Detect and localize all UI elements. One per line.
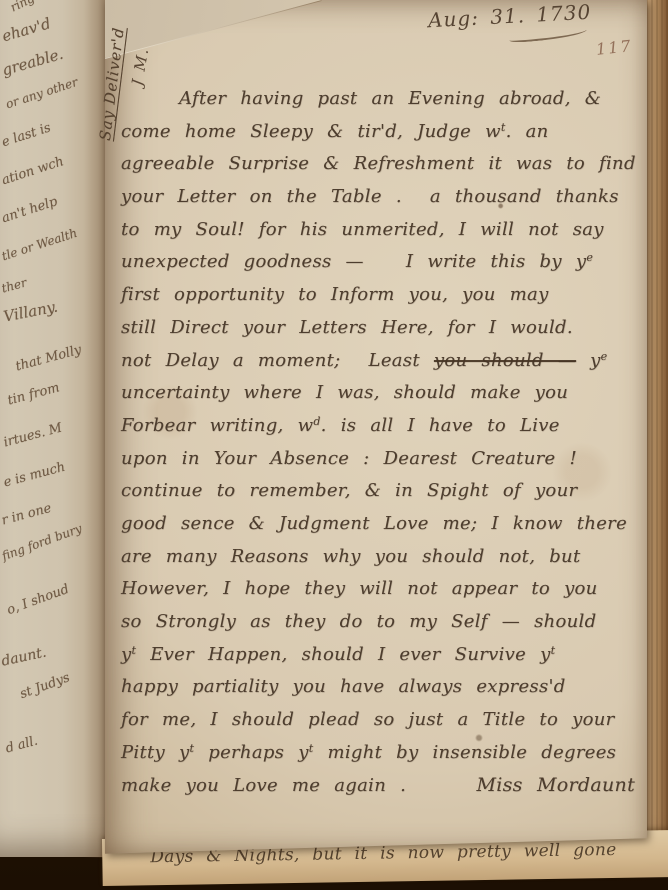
letter-line: good sence & Judgment Love me; I know th…: [121, 513, 645, 546]
letter-text: y: [121, 644, 131, 665]
left-page-text-fragment: ation wch: [0, 154, 66, 188]
letter-line: so Strongly as they do to my Self — shou…: [121, 611, 645, 644]
letter-line: agreeable Surprise & Refreshment it was …: [121, 153, 645, 186]
letter-text: your Letter on the Table . a thousand th…: [121, 186, 619, 207]
letter-text: so Strongly as they do to my Self — shou…: [121, 611, 596, 632]
letter-line: to my Soul! for his unmerited, I will no…: [121, 219, 645, 252]
left-page-text-fragment: o, I shoud: [5, 582, 71, 618]
letter-text: e: [586, 251, 593, 264]
letter-line: yt Ever Happen, should I ever Survive yt: [121, 644, 645, 677]
letter-text: t: [551, 644, 556, 657]
letter-text: uncertainty where I was, should make you: [121, 382, 568, 403]
letter-text: . is all I have to Live: [321, 415, 560, 436]
letter-text: perhaps y: [194, 742, 308, 763]
letter-text: Ever Happen, should I ever Survive y: [136, 644, 550, 665]
letter-text: . an: [506, 121, 549, 142]
left-page-text-fragment: Villany.: [2, 298, 59, 326]
left-page-text-fragment: st Judys: [18, 670, 72, 702]
letter-text: happy partiality you have always express…: [121, 676, 566, 697]
left-page-text-fragment: irtues. M: [2, 420, 64, 450]
letter-text: come home Sleepy & tir'd, Judge w: [121, 121, 501, 142]
letter-text: agreeable Surprise & Refreshment it was …: [121, 153, 636, 174]
letter-text: for me, I should plead so just a Title t…: [121, 709, 615, 730]
left-page-text-fragment: d all.: [4, 734, 39, 757]
letter-line: uncertainty where I was, should make you: [121, 382, 645, 415]
letter-text: are many Reasons why you should not, but: [121, 546, 580, 567]
left-page-text-fragment: greable.: [0, 45, 65, 80]
letter-text: still Direct your Letters Here, for I wo…: [121, 317, 573, 338]
letter-line: After having past an Evening abroad, &: [121, 88, 645, 121]
letter-text: first opportunity to Inform you, you may: [121, 284, 549, 305]
letter-text: t: [190, 742, 195, 755]
left-page-text-fragment: tle or Wealth: [0, 226, 79, 264]
letter-text: y: [576, 350, 601, 371]
letter-text: e: [601, 350, 608, 363]
letter-line: upon in Your Absence : Dearest Creature …: [121, 448, 645, 481]
letter-text: good sence & Judgment Love me; I know th…: [121, 513, 627, 534]
letter-line: not Delay a moment; Least you should — y…: [121, 350, 645, 383]
left-page-text-fragment: r in one: [0, 501, 53, 529]
letter-body: After having past an Evening abroad, &co…: [121, 88, 645, 807]
left-page-text-fragment: that Molly: [14, 343, 83, 375]
main-page-wrap: Aug: 31. 1730 117 After having past an E…: [105, 0, 647, 858]
left-page-text-fragment: daunt.: [0, 645, 48, 670]
letter-line: for me, I should plead so just a Title t…: [121, 709, 645, 742]
letter-text: d: [313, 415, 320, 428]
letter-line: Forbear writing, wd. is all I have to Li…: [121, 415, 645, 448]
letter-line: come home Sleepy & tir'd, Judge wt. an: [121, 121, 645, 154]
letter-text: make you Love me again .: [121, 775, 406, 796]
letter-text: unexpected goodness — I write this by y: [121, 251, 586, 272]
letter-text: t: [309, 742, 314, 755]
manuscript-photo: ringehav'dgreable.or any othere last isa…: [0, 0, 668, 890]
letter-text: t: [131, 644, 136, 657]
left-page-text-fragment: tin from: [6, 380, 61, 408]
letter-line: your Letter on the Table . a thousand th…: [121, 186, 645, 219]
letter-text: to my Soul! for his unmerited, I will no…: [121, 219, 604, 240]
signature: Miss Mordaunt: [476, 774, 645, 796]
page-number: 117: [596, 36, 634, 59]
letter-text: t: [501, 121, 506, 134]
letter-text: might by insensible degrees: [313, 742, 616, 763]
letter-text: Forbear writing, w: [121, 415, 313, 436]
left-page-text-fragment: e is much: [2, 460, 67, 491]
main-page: Aug: 31. 1730 117 After having past an E…: [105, 0, 647, 858]
letter-text: Pitty y: [121, 742, 190, 763]
letter-line: However, I hope they will not appear to …: [121, 578, 645, 611]
left-page-text-fragment: or any other: [4, 75, 80, 111]
letter-text: After having past an Evening abroad, &: [179, 88, 601, 109]
left-page-text-fragment: ther: [0, 275, 28, 295]
letter-text: not Delay a moment; Least: [121, 350, 434, 371]
letter-line: happy partiality you have always express…: [121, 676, 645, 709]
letter-line: first opportunity to Inform you, you may: [121, 284, 645, 317]
left-page-text-fragment: e last is: [0, 120, 53, 150]
letter-text: continue to remember, & in Spight of you…: [121, 480, 577, 501]
letter-line: Pitty yt perhaps yt might by insensible …: [121, 742, 645, 775]
left-page-text-fragment: ehav'd: [0, 14, 53, 45]
letter-line: make you Love me again .Miss Mordaunt: [121, 774, 645, 807]
left-page-text-fragment: fing ford bury: [0, 521, 84, 563]
letter-text: upon in Your Absence : Dearest Creature …: [121, 448, 577, 469]
date-underline-flourish: [509, 27, 588, 44]
letter-line: continue to remember, & in Spight of you…: [121, 480, 645, 513]
letter-text: you should —: [434, 350, 576, 371]
letter-line: unexpected goodness — I write this by ye: [121, 251, 645, 284]
left-page-text-fragment: an't help: [0, 194, 59, 226]
left-page-text-fragment: ring: [8, 0, 37, 15]
letter-line: still Direct your Letters Here, for I wo…: [121, 317, 645, 350]
letter-line: are many Reasons why you should not, but: [121, 546, 645, 579]
letter-text: However, I hope they will not appear to …: [121, 578, 598, 599]
